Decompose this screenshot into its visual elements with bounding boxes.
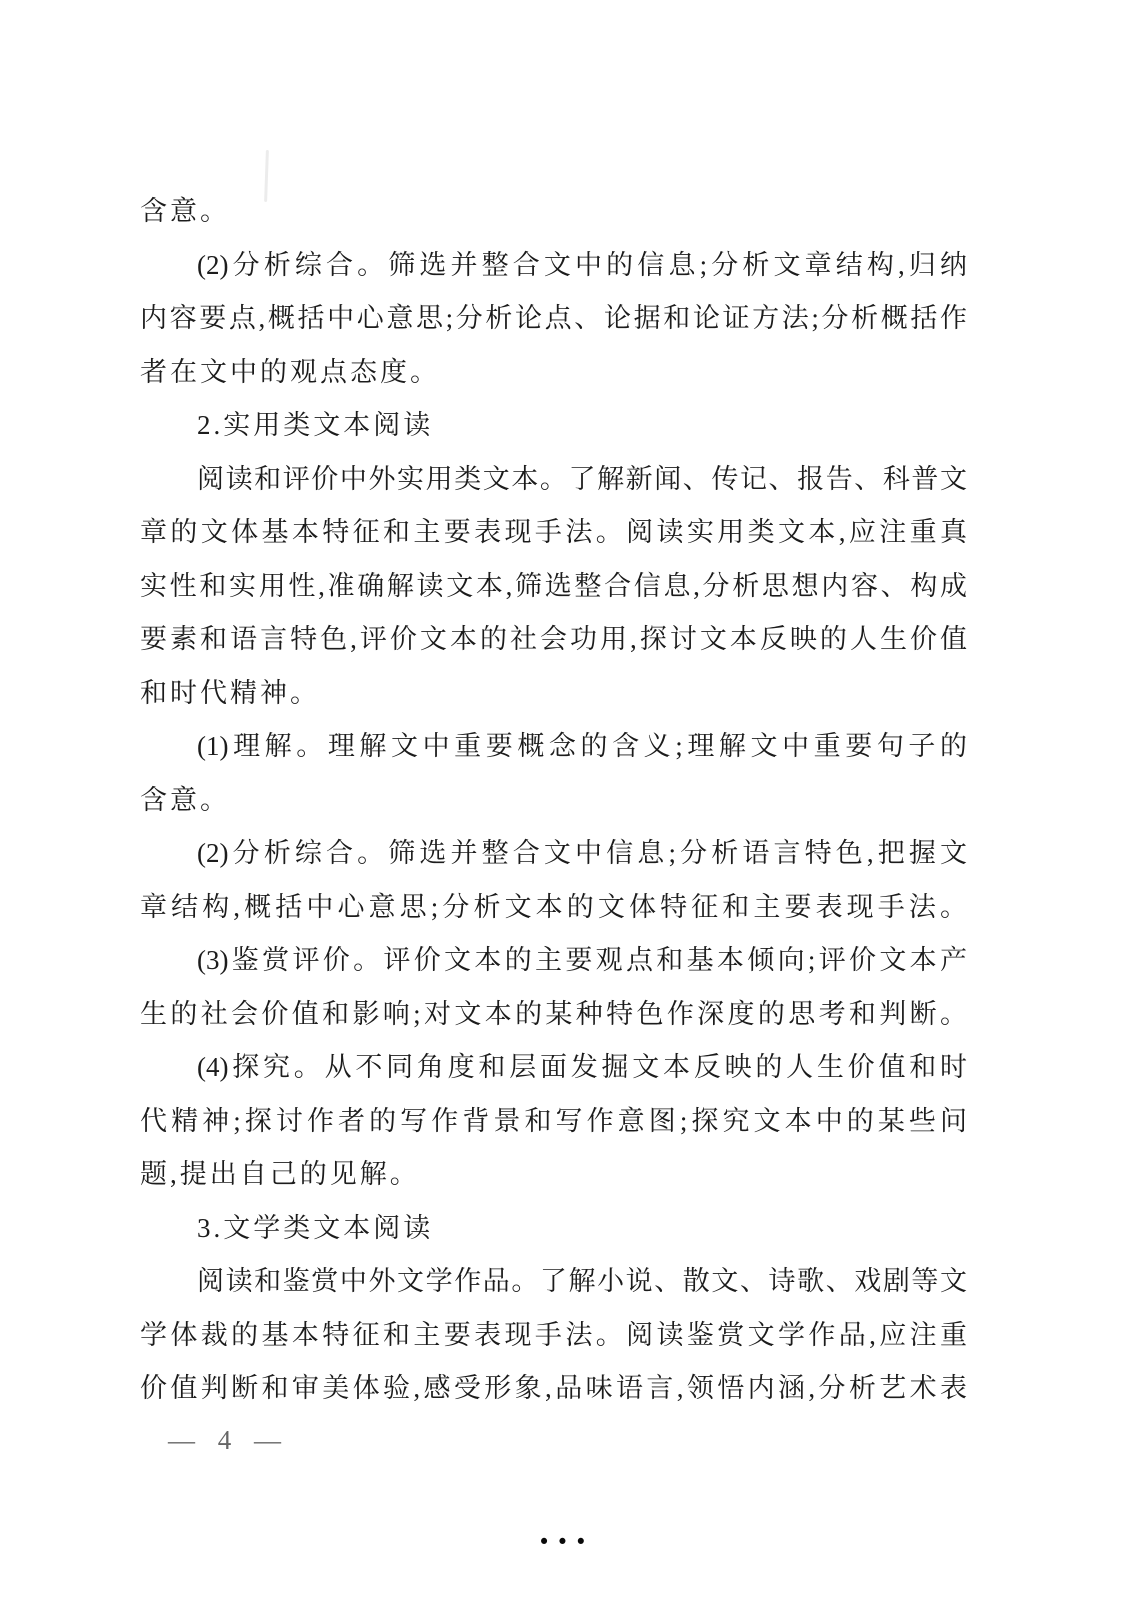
text-line: 章结构,概括中心意思;分析文本的文体特征和主要表现手法。 xyxy=(140,881,967,935)
text-line: 3.文学类文本阅读 xyxy=(140,1202,967,1256)
text-line: 含意。 xyxy=(140,185,967,239)
text-line: 实性和实用性,准确解读文本,筛选整合信息,分析思想内容、构成 xyxy=(140,560,967,614)
text-line: (1)理解。理解文中重要概念的含义;理解文中重要句子的 xyxy=(140,720,967,774)
ellipsis-dots-icon: ••• xyxy=(0,1530,1131,1554)
text-line: 者在文中的观点态度。 xyxy=(140,346,967,400)
text-line: 价值判断和审美体验,感受形象,品味语言,领悟内涵,分析艺术表 xyxy=(140,1362,967,1416)
text-line: (2)分析综合。筛选并整合文中的信息;分析文章结构,归纳 xyxy=(140,239,967,293)
text-line: (3)鉴赏评价。评价文本的主要观点和基本倾向;评价文本产 xyxy=(140,934,967,988)
text-line: 阅读和评价中外实用类文本。了解新闻、传记、报告、科普文 xyxy=(140,453,967,507)
text-line: 2.实用类文本阅读 xyxy=(140,399,967,453)
text-line: 生的社会价值和影响;对文本的某种特色作深度的思考和判断。 xyxy=(140,988,967,1042)
text-line: 题,提出自己的见解。 xyxy=(140,1148,967,1202)
text-line: 代精神;探讨作者的写作背景和写作意图;探究文本中的某些问 xyxy=(140,1095,967,1149)
document-page: 含意。(2)分析综合。筛选并整合文中的信息;分析文章结构,归纳内容要点,概括中心… xyxy=(0,0,1131,1600)
page-number: — 4 — xyxy=(168,1423,283,1457)
text-line: 要素和语言特色,评价文本的社会功用,探讨文本反映的人生价值 xyxy=(140,613,967,667)
text-line: 内容要点,概括中心意思;分析论点、论据和论证方法;分析概括作 xyxy=(140,292,967,346)
text-line: 含意。 xyxy=(140,774,967,828)
text-line: (2)分析综合。筛选并整合文中信息;分析语言特色,把握文 xyxy=(140,827,967,881)
text-line: 和时代精神。 xyxy=(140,667,967,721)
text-block: 含意。(2)分析综合。筛选并整合文中的信息;分析文章结构,归纳内容要点,概括中心… xyxy=(140,185,967,1416)
text-line: 章的文体基本特征和主要表现手法。阅读实用类文本,应注重真 xyxy=(140,506,967,560)
text-line: 阅读和鉴赏中外文学作品。了解小说、散文、诗歌、戏剧等文 xyxy=(140,1255,967,1309)
text-line: 学体裁的基本特征和主要表现手法。阅读鉴赏文学作品,应注重 xyxy=(140,1309,967,1363)
text-line: (4)探究。从不同角度和层面发掘文本反映的人生价值和时 xyxy=(140,1041,967,1095)
